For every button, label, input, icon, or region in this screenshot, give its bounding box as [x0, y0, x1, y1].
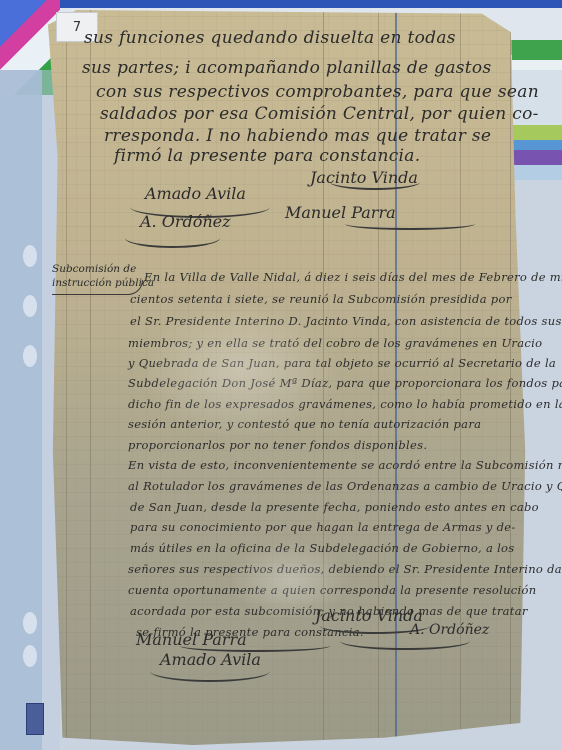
text-line: firmó la presente para constancia.	[114, 146, 420, 166]
signature-flourish	[125, 228, 220, 248]
text-line: sus funciones quedando disuelta en todas	[84, 28, 456, 48]
punch-hole	[23, 612, 37, 634]
text-line: para su conocimiento por que hagan la en…	[130, 520, 516, 534]
text-line: En la Villa de Valle Nidal, á diez i sei…	[144, 270, 562, 284]
text-line: con sus respectivos comprobantes, para q…	[96, 82, 539, 102]
margin-rule-left-2	[90, 10, 91, 745]
text-line: al Rotulador los gravámenes de las Orden…	[128, 479, 562, 493]
signature-flourish	[330, 174, 420, 190]
glare-reflection	[230, 540, 350, 620]
text-line: sus partes; i acompañando planillas de g…	[82, 58, 491, 78]
signature-flourish	[150, 660, 270, 682]
glare-reflection	[140, 300, 340, 440]
punch-hole	[23, 345, 37, 367]
signature-flourish	[345, 218, 475, 230]
margin-note-line: Subcomisión de	[52, 262, 154, 276]
text-line: rresponda. I no habiendo mas que tratar …	[104, 126, 491, 146]
text-line: de San Juan, desde la presente fecha, po…	[130, 500, 539, 514]
punch-hole	[23, 295, 37, 317]
text-line: En vista de esto, inconvenientemente se …	[128, 458, 562, 472]
text-line: saldados por esa Comisión Central, por q…	[100, 104, 539, 124]
sleeve-label	[26, 703, 44, 735]
margin-rule-left	[66, 10, 67, 745]
signature-flourish	[340, 632, 470, 650]
punch-hole	[23, 245, 37, 267]
text-line: proporcionarlos por no tener fondos disp…	[128, 438, 427, 452]
punch-hole	[23, 645, 37, 667]
